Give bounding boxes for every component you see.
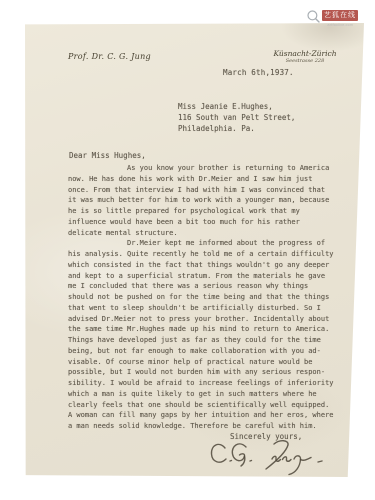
letterhead-street: Seestrasse 228: [273, 58, 337, 64]
watermark-subtext: artfoxlive.com: [327, 22, 353, 27]
salutation: Dear Miss Hughes,: [69, 151, 146, 160]
letterhead-city: Küsnacht-Zürich: [273, 50, 337, 58]
letter-paper: Prof. Dr. C. G. Jung Küsnacht-Zürich See…: [25, 23, 364, 477]
watermark: 艺狐在线 artfoxlive.com: [307, 10, 358, 28]
letterhead-sender: Prof. Dr. C. G. Jung: [68, 52, 151, 61]
letterhead-address: Küsnacht-Zürich Seestrasse 228: [273, 50, 337, 64]
magnifier-icon: [307, 10, 320, 23]
recipient-address: Miss Jeanie E.Hughes, 116 South van Pelt…: [178, 102, 295, 134]
letter-body: As you know your brother is returning to…: [68, 163, 358, 432]
signature-cg-jung: [208, 437, 336, 477]
watermark-text: 艺狐在线 artfoxlive.com: [322, 10, 358, 27]
watermark-brand: 艺狐在线: [322, 10, 358, 21]
date-line: March 6th,1937.: [223, 68, 294, 77]
